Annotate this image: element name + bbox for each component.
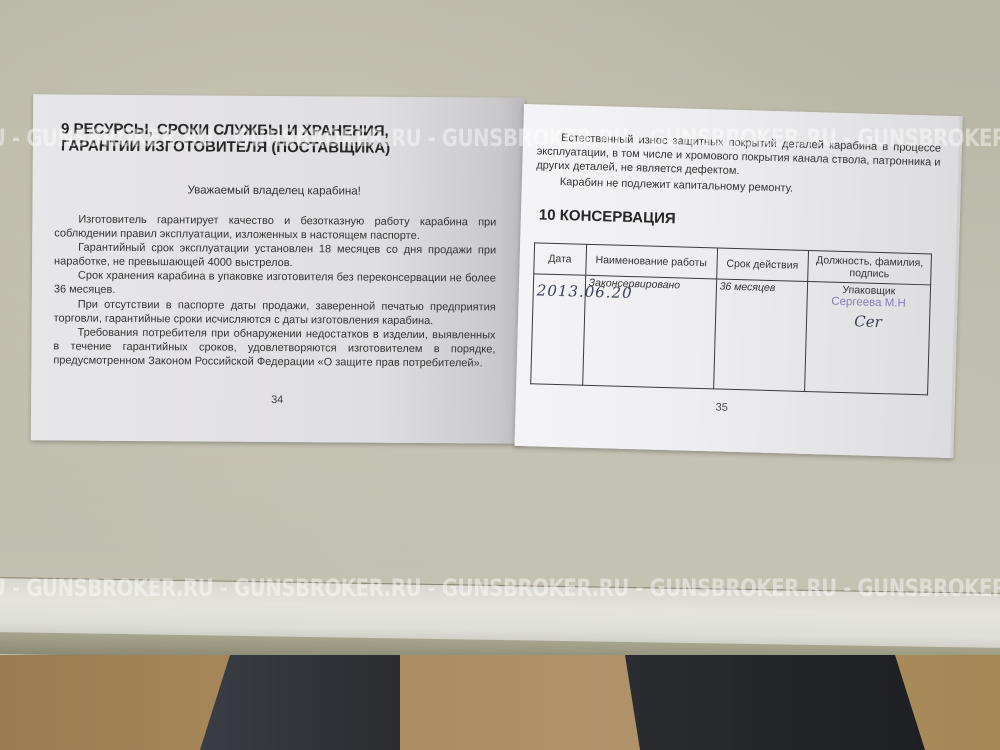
person-leg-left — [200, 655, 400, 750]
header-duration: Срок действия — [716, 248, 808, 282]
booklet-page-right: Естественный износ защитных покрытий дет… — [514, 104, 962, 458]
cell-duration: 36 месяцев — [713, 279, 807, 392]
section-title-10: 10 КОНСЕРВАЦИЯ — [539, 206, 676, 227]
duration-entry: 36 месяцев — [719, 281, 775, 295]
paragraph-quality: Изготовитель гарантирует качество и безо… — [54, 212, 496, 243]
booklet-page-left: 9 РЕСУРСЫ, СРОКИ СЛУЖБЫ И ХРАНЕНИЯ, ГАРА… — [31, 94, 525, 443]
cell-position: Упаковщик Сергеева М.Н Сer — [804, 281, 930, 394]
header-date: Дата — [534, 243, 586, 275]
paragraph-consumer-rights: Требования потребителя при обнаружении н… — [53, 325, 495, 370]
table-row: 2013.06.20 Законсервировано 36 месяцев У… — [531, 274, 931, 395]
work-entry: Законсервировано — [588, 277, 680, 292]
paragraph-storage-term: Срок хранения карабина в упаковке изгото… — [54, 268, 496, 299]
name-stamp: Сергеева М.Н — [810, 295, 926, 310]
section-title-9: 9 РЕСУРСЫ, СРОКИ СЛУЖБЫ И ХРАНЕНИЯ, ГАРА… — [61, 120, 391, 156]
person-leg-right — [625, 655, 925, 750]
header-work-name: Наименование работы — [585, 244, 717, 279]
page-number-left: 34 — [271, 394, 283, 406]
header-position-name-signature: Должность, фамилия, подпись — [808, 250, 932, 284]
handwritten-date: 2013.06.20 — [537, 281, 582, 300]
paragraph-no-sale-date: При отсутствии в паспорте даты продажи, … — [54, 297, 496, 328]
paragraph-warranty-term: Гарантийный срок эксплуатации установлен… — [54, 240, 496, 271]
conservation-table: Дата Наименование работы Срок действия Д… — [530, 242, 932, 395]
page-number-right: 35 — [715, 401, 728, 413]
cell-date: 2013.06.20 — [531, 274, 586, 385]
greeting: Уважаемый владелец карабина! — [188, 184, 361, 197]
signature: Сer — [810, 311, 927, 332]
section-title-line2: ГАРАНТИИ ИЗГОТОВИТЕЛЯ (ПОСТАВЩИКА) — [61, 137, 390, 156]
